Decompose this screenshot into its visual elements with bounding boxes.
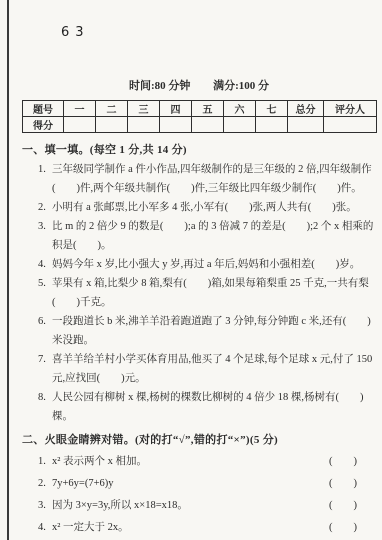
page-left-border — [7, 0, 9, 540]
exam-body: 一、填一填。(每空 1 分,共 14 分) 1.三年级同学制作 a 件小作品,四… — [22, 140, 377, 538]
question-number: 7. — [38, 350, 52, 369]
question-text: x² 一定大于 2x。 — [52, 522, 129, 533]
question-text: 妈妈今年 x 岁,比小强大 y 岁,再过 a 年后,妈妈和小强相差( )岁。 — [52, 259, 360, 270]
score-table-header-cell: 四 — [160, 101, 192, 117]
question-text-wrap: 4.x² 一定大于 2x。 — [38, 518, 129, 538]
question-text: 比 m 的 2 倍少 9 的数是( );a 的 3 倍减 7 的差是( );2 … — [52, 221, 373, 251]
exam-meta: 时间:80 分钟 满分:100 分 — [22, 77, 376, 93]
true-false-question: 3.因为 3×y=3y,所以 x×18=x18。 ( ) — [38, 496, 377, 516]
score-table-header-cell: 总分 — [288, 101, 324, 117]
question-text: x² 表示两个 x 相加。 — [52, 456, 147, 467]
answer-blank: ( ) — [329, 496, 357, 516]
full-score-label: 满分:100 分 — [213, 80, 269, 92]
question-text: 三年级同学制作 a 件小作品,四年级制作的是三年级的 2 倍,四年级制作( )件… — [52, 164, 372, 194]
question-number: 1. — [38, 452, 52, 472]
section-title: 一、填一填。(每空 1 分,共 14 分) — [22, 140, 377, 160]
true-false-question: 2.7y+6y=(7+6)y ( ) — [38, 474, 377, 494]
score-cell — [256, 117, 288, 133]
score-table-header-cell: 二 — [96, 101, 128, 117]
section-title: 二、火眼金睛辨对错。(对的打“√”,错的打“×”)(5 分) — [22, 430, 377, 450]
score-table-header-cell: 评分人 — [324, 101, 377, 117]
fill-in-question: 7.喜羊羊给羊村小学买体育用品,他买了 4 个足球,每个足球 x 元,付了 15… — [38, 350, 377, 388]
score-label: 得分 — [23, 117, 64, 133]
question-number: 8. — [38, 388, 52, 407]
score-table-score-row: 得分 — [23, 117, 377, 133]
question-text: 人民公园有柳树 x 棵,杨树的棵数比柳树的 4 倍少 18 棵,杨树有( )棵。 — [52, 392, 364, 422]
score-table-header-cell: 三 — [128, 101, 160, 117]
score-table-header-cell: 七 — [256, 101, 288, 117]
question-number: 5. — [38, 274, 52, 293]
true-false-question: 4.x² 一定大于 2x。 ( ) — [38, 518, 377, 538]
score-cell — [64, 117, 96, 133]
question-text: 喜羊羊给羊村小学买体育用品,他买了 4 个足球,每个足球 x 元,付了 150 … — [52, 354, 372, 384]
score-cell — [96, 117, 128, 133]
fill-in-question: 5.苹果有 x 箱,比梨少 8 箱,梨有( )箱,如果每箱梨重 25 千克,一共… — [38, 274, 377, 312]
question-number: 2. — [38, 474, 52, 494]
question-text: 一段跑道长 b 米,沸羊羊沿着跑道跑了 3 分钟,每分钟跑 c 米,还有( )米… — [52, 316, 371, 346]
fill-in-question: 2.小明有 a 张邮票,比小军多 4 张,小军有( )张,两人共有( )张。 — [38, 198, 377, 217]
question-text: 因为 3×y=3y,所以 x×18=x18。 — [52, 500, 188, 511]
question-number: 6. — [38, 312, 52, 331]
question-number: 4. — [38, 255, 52, 274]
question-text: 小明有 a 张邮票,比小军多 4 张,小军有( )张,两人共有( )张。 — [52, 202, 357, 213]
answer-blank: ( ) — [329, 518, 357, 538]
score-table-header-cell: 一 — [64, 101, 96, 117]
question-number: 3. — [38, 217, 52, 236]
score-cell — [192, 117, 224, 133]
score-table: 题号 一 二 三 四 五 六 七 总分 评分人 得分 — [22, 100, 377, 133]
fill-in-question: 8.人民公园有柳树 x 棵,杨树的棵数比柳树的 4 倍少 18 棵,杨树有( )… — [38, 388, 377, 426]
true-false-question: 1.x² 表示两个 x 相加。 ( ) — [38, 452, 377, 472]
answer-blank: ( ) — [329, 452, 357, 472]
fill-in-question: 3.比 m 的 2 倍少 9 的数是( );a 的 3 倍减 7 的差是( );… — [38, 217, 377, 255]
fill-in-question: 4.妈妈今年 x 岁,比小强大 y 岁,再过 a 年后,妈妈和小强相差( )岁。 — [38, 255, 377, 274]
score-cell — [324, 117, 377, 133]
score-table-header-cell: 题号 — [23, 101, 64, 117]
question-text: 苹果有 x 箱,比梨少 8 箱,梨有( )箱,如果每箱梨重 25 千克,一共有梨… — [52, 278, 369, 308]
time-limit-label: 时间:80 分钟 — [129, 80, 190, 92]
answer-blank: ( ) — [329, 474, 357, 494]
score-table-header-cell: 五 — [192, 101, 224, 117]
question-text: 7y+6y=(7+6)y — [52, 478, 114, 489]
score-cell — [160, 117, 192, 133]
section-fill-in: 一、填一填。(每空 1 分,共 14 分) 1.三年级同学制作 a 件小作品,四… — [22, 140, 377, 426]
question-text-wrap: 1.x² 表示两个 x 相加。 — [38, 452, 147, 472]
score-table-header-cell: 六 — [224, 101, 256, 117]
question-number: 1. — [38, 160, 52, 179]
question-number: 3. — [38, 496, 52, 516]
fill-in-question: 6.一段跑道长 b 米,沸羊羊沿着跑道跑了 3 分钟,每分钟跑 c 米,还有( … — [38, 312, 377, 350]
score-cell — [288, 117, 324, 133]
question-number: 2. — [38, 198, 52, 217]
question-number: 4. — [38, 518, 52, 538]
score-table-header-row: 题号 一 二 三 四 五 六 七 总分 评分人 — [23, 101, 377, 117]
score-cell — [224, 117, 256, 133]
question-text-wrap: 2.7y+6y=(7+6)y — [38, 474, 114, 494]
page-number: 63 — [61, 25, 90, 40]
section-true-false: 二、火眼金睛辨对错。(对的打“√”,错的打“×”)(5 分) 1.x² 表示两个… — [22, 430, 377, 538]
score-cell — [128, 117, 160, 133]
fill-in-question: 1.三年级同学制作 a 件小作品,四年级制作的是三年级的 2 倍,四年级制作( … — [38, 160, 377, 198]
question-text-wrap: 3.因为 3×y=3y,所以 x×18=x18。 — [38, 496, 188, 516]
